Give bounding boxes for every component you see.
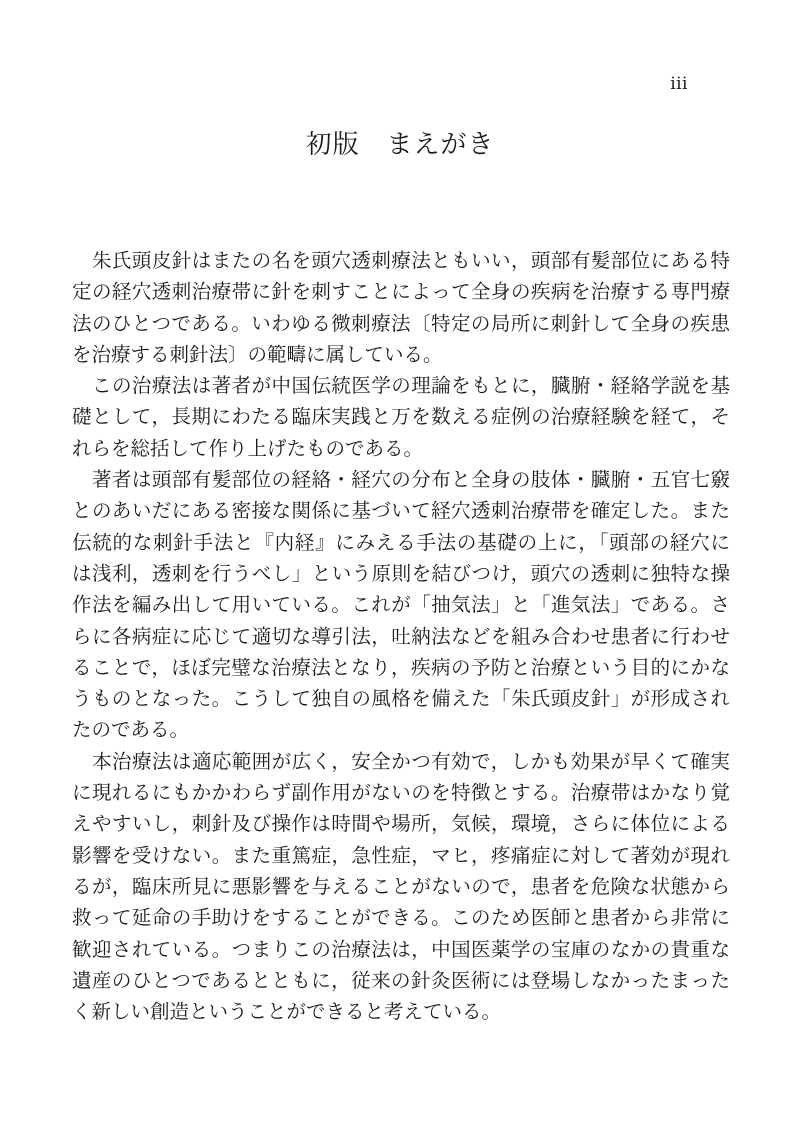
paragraph: 朱氏頭皮針はまたの名を頭穴透刺療法ともいい，頭部有髪部位にある特定の経穴透刺治療…	[72, 245, 730, 370]
text-line: たのである。	[72, 714, 730, 745]
text-line: 歓迎されている。つまりこの治療法は，中国医薬学の宝庫のなかの貴重な	[72, 934, 730, 965]
text-line: は浅利，透刺を行うべし」という原則を結びつけ，頭穴の透刺に独特な操	[72, 558, 730, 589]
page-number: iii	[670, 76, 688, 93]
paragraph: 著者は頭部有髪部位の経絡・経穴の分布と全身の肢体・臓腑・五官七竅とのあいだにある…	[72, 464, 730, 746]
book-page: iii 初版 まえがき 朱氏頭皮針はまたの名を頭穴透刺療法ともいい，頭部有髪部位…	[0, 0, 800, 1135]
text-line: えやすいし，刺針及び操作は時間や場所，気候，環境，さらに体位による	[72, 808, 730, 839]
text-line: この治療法は著者が中国伝統医学の理論をもとに，臓腑・経絡学説を基	[72, 370, 730, 401]
text-line: 定の経穴透刺治療帯に針を刺すことによって全身の疾病を治療する専門療	[72, 276, 730, 307]
text-line: く新しい創造ということができると考えている。	[72, 996, 730, 1027]
text-line: うものとなった。こうして独自の風格を備えた「朱氏頭皮針」が形成され	[72, 683, 730, 714]
text-line: 朱氏頭皮針はまたの名を頭穴透刺療法ともいい，頭部有髪部位にある特	[72, 245, 730, 276]
text-line: 礎として，長期にわたる臨床実践と万を数える症例の治療経験を経て，そ	[72, 401, 730, 432]
body-text: 朱氏頭皮針はまたの名を頭穴透刺療法ともいい，頭部有髪部位にある特定の経穴透刺治療…	[72, 245, 730, 1027]
text-line: とのあいだにある密接な関係に基づいて経穴透刺治療帯を確定した。また	[72, 495, 730, 526]
text-line: 影響を受けない。また重篤症，急性症，マヒ，疼痛症に対して著効が現れ	[72, 840, 730, 871]
text-line: 救って延命の手助けをすることができる。このため医師と患者から非常に	[72, 902, 730, 933]
text-line: るが，臨床所見に悪影響を与えることがないので，患者を危険な状態から	[72, 871, 730, 902]
text-line: 法のひとつである。いわゆる微刺療法〔特定の局所に刺針して全身の疾患	[72, 308, 730, 339]
text-line: を治療する刺針法〕の範疇に属している。	[72, 339, 730, 370]
text-line: 本治療法は適応範囲が広く，安全かつ有効で，しかも効果が早くて確実	[72, 746, 730, 777]
text-line: 作法を編み出して用いている。これが「抽気法」と「進気法」である。さ	[72, 589, 730, 620]
paragraph: 本治療法は適応範囲が広く，安全かつ有効で，しかも効果が早くて確実に現れるにもかか…	[72, 746, 730, 1028]
paragraph: この治療法は著者が中国伝統医学の理論をもとに，臓腑・経絡学説を基礎として，長期に…	[72, 370, 730, 464]
text-line: れらを総括して作り上げたものである。	[72, 433, 730, 464]
text-line: に現れるにもかかわらず副作用がないのを特徴とする。治療帯はかなり覚	[72, 777, 730, 808]
text-line: 著者は頭部有髪部位の経絡・経穴の分布と全身の肢体・臓腑・五官七竅	[72, 464, 730, 495]
text-line: ることで，ほぼ完璧な治療法となり，疾病の予防と治療という目的にかな	[72, 652, 730, 683]
text-line: らに各病症に応じて適切な導引法，吐納法などを組み合わせ患者に行わせ	[72, 621, 730, 652]
page-title: 初版 まえがき	[0, 129, 800, 163]
text-line: 遺産のひとつであるとともに，従来の針灸医術には登場しなかったまった	[72, 965, 730, 996]
text-line: 伝統的な刺針手法と『内経』にみえる手法の基礎の上に，「頭部の経穴に	[72, 527, 730, 558]
